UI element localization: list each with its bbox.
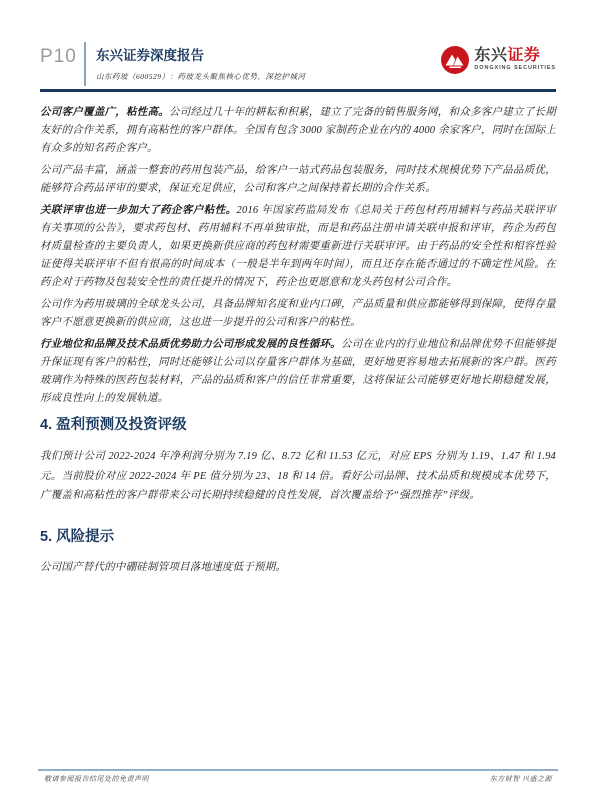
logo-text: 东兴证券 DONGXING SECURITIES: [474, 48, 556, 72]
logo-name-en: DONGXING SECURITIES: [474, 66, 556, 72]
paragraph-risk: 公司国产替代的中硼硅制管项目落地速度低于预期。: [40, 559, 556, 577]
paragraph-text: 公司国产替代的中硼硅制管项目落地速度低于预期。: [40, 562, 286, 573]
section-heading-profit-forecast: 4. 盈利预测及投资评级: [40, 417, 556, 434]
logo-name-cn: 东兴证券: [474, 48, 556, 64]
report-subtitle: 山东药玻（600529）：药玻龙头聚焦核心优势，深挖护城河: [96, 71, 440, 82]
spacer: [40, 510, 556, 520]
paragraph-text: 我们预计公司 2022-2024 年净利润分别为 7.19 亿、8.72 亿和 …: [40, 451, 556, 501]
logo-name-part1: 东兴: [474, 47, 507, 64]
page-number: P10: [40, 46, 84, 68]
header-rule: [40, 89, 556, 92]
paragraph-review-policy: 关联评审也进一步加大了药企客户粘性。2016 年国家药监局发布《总局关于药包材药…: [40, 202, 556, 292]
paragraph-lead: 关联评审也进一步加大了药企客户粘性。: [40, 205, 237, 216]
dongxing-logo-icon: [440, 45, 470, 75]
logo-name-part2: 证券: [507, 47, 540, 64]
paragraph-global-leader: 公司作为药用玻璃的全球龙头公司，具备品牌知名度和业内口碑，产品质量和供应都能够得…: [40, 296, 556, 332]
header-titles: 东兴证券深度报告 山东药玻（600529）：药玻龙头聚焦核心优势，深挖护城河: [96, 42, 440, 86]
footer-disclaimer: 敬请参阅报告结尾处的免责声明: [44, 774, 149, 784]
page-footer: 敬请参阅报告结尾处的免责声明 东方财智 兴盛之源: [44, 774, 552, 784]
report-type-title: 东兴证券深度报告: [96, 44, 440, 64]
section-heading-risk: 5. 风险提示: [40, 529, 556, 546]
footer-slogan: 东方财智 兴盛之源: [490, 774, 552, 784]
paragraph-virtuous-cycle: 行业地位和品牌及技术品质优势助力公司形成发展的良性循环。公司在业内的行业地位和品…: [40, 336, 556, 408]
paragraph-lead: 公司客户覆盖广，粘性高。: [40, 107, 169, 118]
report-page: P10 东兴证券深度报告 山东药玻（600529）：药玻龙头聚焦核心优势，深挖护…: [0, 0, 596, 808]
paragraph-profit-forecast: 我们预计公司 2022-2024 年净利润分别为 7.19 亿、8.72 亿和 …: [40, 447, 556, 506]
paragraph-text: 2016 年国家药监局发布《总局关于药包材药用辅料与药品关联评审有关事项的公告》…: [40, 205, 556, 288]
paragraph-lead: 行业地位和品牌及技术品质优势助力公司形成发展的良性循环。: [40, 339, 341, 350]
paragraph-text: 公司作为药用玻璃的全球龙头公司，具备品牌知名度和业内口碑，产品质量和供应都能够得…: [40, 299, 556, 328]
page-header: P10 东兴证券深度报告 山东药玻（600529）：药玻龙头聚焦核心优势，深挖护…: [40, 42, 556, 86]
paragraph-product-range: 公司产品丰富，涵盖一整套的药用包装产品，给客户一站式药品包装服务，同时技术规模优…: [40, 162, 556, 198]
brand-logo: 东兴证券 DONGXING SECURITIES: [440, 45, 556, 75]
report-body: 公司客户覆盖广，粘性高。公司经过几十年的耕耘和积累，建立了完备的销售服务网，和众…: [40, 104, 556, 581]
header-divider: [84, 42, 86, 86]
footer-rule: [38, 769, 558, 771]
paragraph-text: 公司产品丰富，涵盖一整套的药用包装产品，给客户一站式药品包装服务，同时技术规模优…: [40, 165, 556, 194]
paragraph-customer-coverage: 公司客户覆盖广，粘性高。公司经过几十年的耕耘和积累，建立了完备的销售服务网，和众…: [40, 104, 556, 158]
